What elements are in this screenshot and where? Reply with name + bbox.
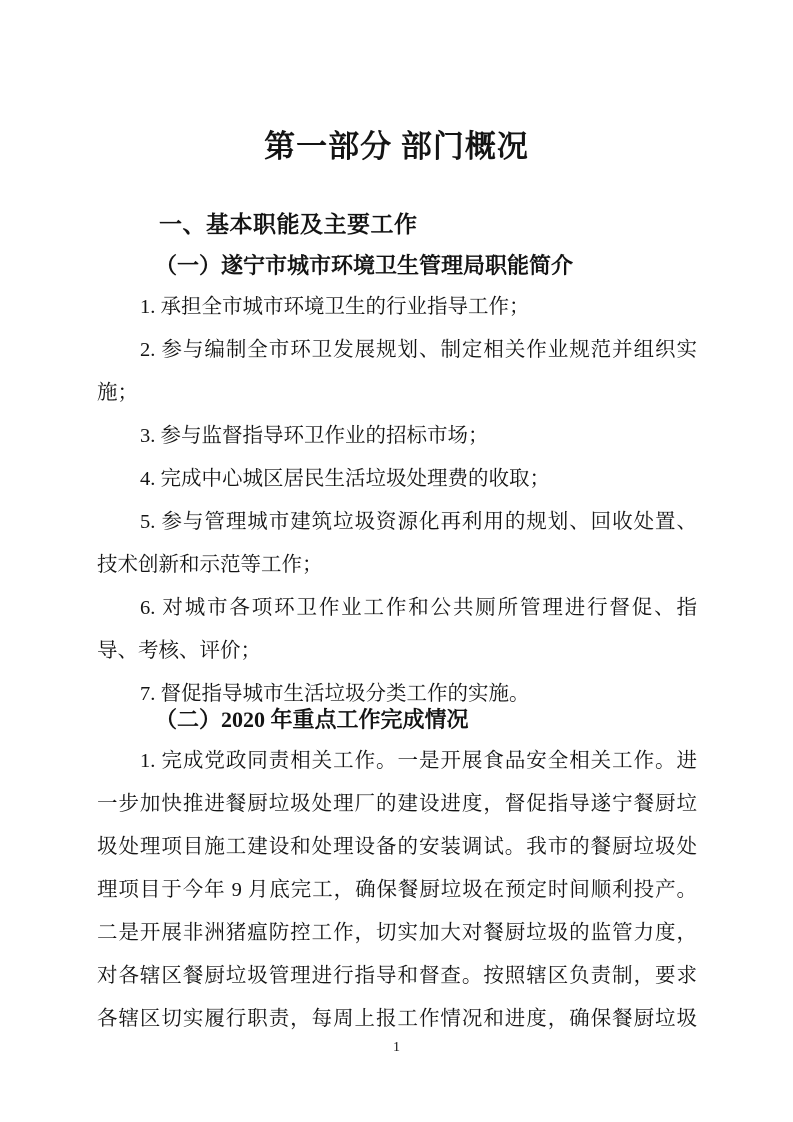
body-line: 一步加快推进餐厨垃圾处理厂的建设进度，督促指导遂宁餐厨垃 — [97, 791, 697, 817]
section-heading-1: 一、基本职能及主要工作 — [159, 212, 418, 237]
body-line: 7. 督促指导城市生活垃圾分类工作的实施。 — [97, 681, 697, 707]
subsection-heading-1: （一）遂宁市城市环境卫生管理局职能简介 — [155, 253, 573, 279]
body-line: 二是开展非洲猪瘟防控工作，切实加大对餐厨垃圾的监管力度， — [97, 920, 697, 946]
body-line: 4. 完成中心城区居民生活垃圾处理费的收取； — [97, 466, 697, 492]
body-line: 圾处理项目施工建设和处理设备的安装调试。我市的餐厨垃圾处 — [97, 834, 697, 860]
body-line: 5. 参与管理城市建筑垃圾资源化再利用的规划、回收处置、 — [97, 509, 697, 535]
body-line: 2. 参与编制全市环卫发展规划、制定相关作业规范并组织实 — [97, 337, 697, 363]
subsection-heading-2: （二）2020 年重点工作完成情况 — [155, 707, 469, 733]
body-line: 技术创新和示范等工作； — [97, 552, 697, 578]
body-line: 1. 完成党政同责相关工作。一是开展食品安全相关工作。进 — [97, 748, 697, 774]
document-title: 第一部分 部门概况 — [0, 130, 793, 164]
body-line: 理项目于今年 9 月底完工，确保餐厨垃圾在预定时间顺利投产。 — [97, 877, 697, 903]
body-line: 1. 承担全市城市环境卫生的行业指导工作； — [97, 294, 697, 320]
body-line: 导、考核、评价； — [97, 638, 697, 664]
body-line: 6. 对城市各项环卫作业工作和公共厕所管理进行督促、指 — [97, 595, 697, 621]
page-number: 1 — [0, 1040, 793, 1057]
body-line: 3. 参与监督指导环卫作业的招标市场； — [97, 423, 697, 449]
body-line: 施； — [97, 380, 697, 406]
body-line: 各辖区切实履行职责，每周上报工作情况和进度，确保餐厨垃圾 — [97, 1006, 697, 1032]
document-page: 第一部分 部门概况 一、基本职能及主要工作 （一）遂宁市城市环境卫生管理局职能简… — [0, 0, 793, 1122]
body-line: 对各辖区餐厨垃圾管理进行指导和督查。按照辖区负责制，要求 — [97, 963, 697, 989]
